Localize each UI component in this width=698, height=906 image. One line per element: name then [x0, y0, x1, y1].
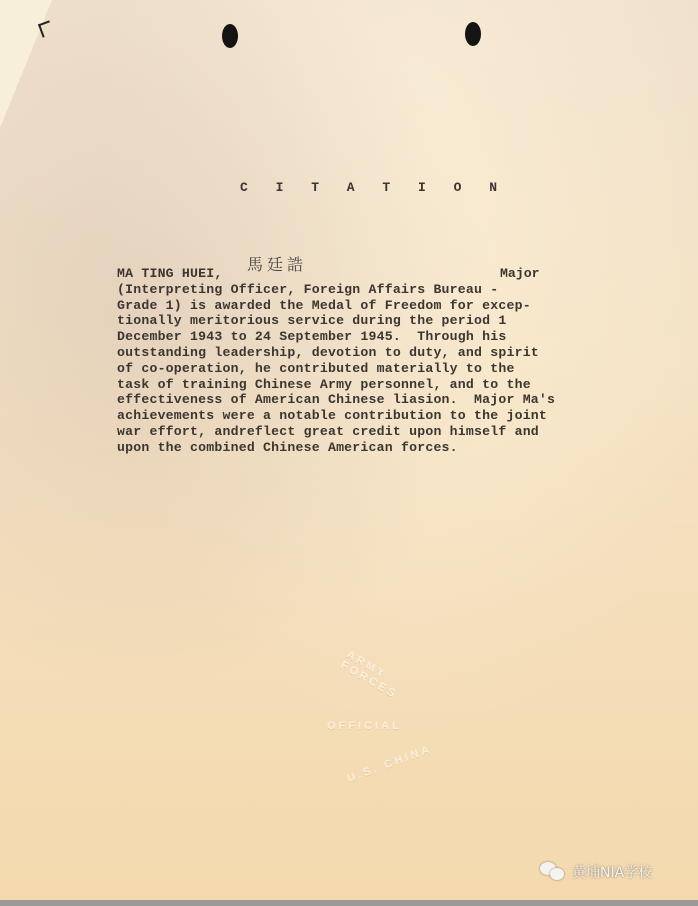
citation-body: MA TING HUEI,(Interpreting Officer, Fore…: [117, 266, 597, 456]
seal-center-text: OFFICIAL: [327, 720, 402, 732]
citation-line: December 1943 to 24 September 1945. Thro…: [117, 329, 597, 345]
citation-line: effectiveness of American Chinese liasio…: [117, 392, 597, 408]
watermark: 黄埔NIA学校: [540, 862, 652, 882]
watermark-text: 黄埔NIA学校: [572, 862, 652, 882]
citation-line: (Interpreting Officer, Foreign Affairs B…: [117, 282, 597, 298]
page-bottom-edge: [0, 900, 698, 906]
name-line: MA TING HUEI,: [117, 266, 597, 282]
embossed-seal: ARMY FORCES OFFICIAL U.S. CHINA: [305, 660, 445, 790]
citation-line: Grade 1) is awarded the Medal of Freedom…: [117, 298, 597, 314]
citation-line: upon the combined Chinese American force…: [117, 440, 597, 456]
citation-line: tionally meritorious service during the …: [117, 313, 597, 329]
punch-hole-right: [465, 22, 481, 46]
punch-hole-left: [222, 24, 238, 48]
citation-line: of co-operation, he contributed material…: [117, 361, 597, 377]
document-title: C I T A T I O N: [240, 180, 507, 195]
citation-line: achievements were a notable contribution…: [117, 408, 597, 424]
citation-line: war effort, andreflect great credit upon…: [117, 424, 597, 440]
citation-line: outstanding leadership, devotion to duty…: [117, 345, 597, 361]
wechat-icon: [540, 862, 566, 882]
citation-line: task of training Chinese Army personnel,…: [117, 377, 597, 393]
